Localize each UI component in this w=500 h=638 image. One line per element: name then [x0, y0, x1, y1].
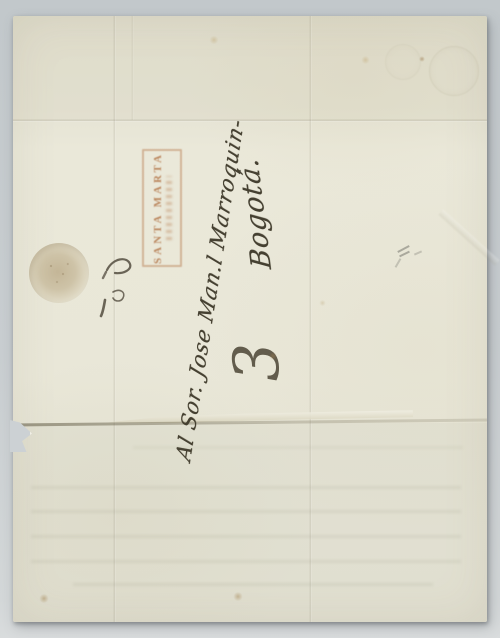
diagonal-crease: [438, 209, 499, 265]
ink-flourish: [93, 248, 135, 318]
stain-speckles: [39, 252, 79, 292]
address-line-2: Bogotá.: [232, 137, 281, 289]
postmark-text: SANTA MARTA: [152, 152, 164, 264]
show-through-line-1: [31, 486, 461, 489]
show-through-line-6: [133, 446, 463, 449]
foxing-spot-bottom-left: [39, 594, 49, 603]
postmark-second-line-smudge: [166, 176, 172, 240]
postal-rate-marking: 3: [221, 326, 293, 398]
photo-background: SANTA MARTA Al Sor. Jose Man.l Marroquin…: [0, 0, 500, 638]
foxing-spot-mid-right: [319, 300, 326, 306]
embossed-seal-ghost: [429, 46, 479, 96]
pencil-mark-2: [399, 251, 410, 258]
bottom-fold-panel: [13, 423, 487, 622]
letter-cover: SANTA MARTA Al Sor. Jose Man.l Marroquin…: [13, 16, 487, 622]
postmark-stamp: SANTA MARTA: [142, 149, 182, 267]
pencil-mark-3: [414, 250, 422, 255]
foxing-spot-center: [269, 352, 277, 360]
foxing-speck-top-right: [419, 56, 425, 62]
pencil-mark-4: [395, 258, 402, 268]
show-through-line-2: [31, 510, 461, 513]
show-through-line-5: [73, 583, 433, 586]
show-through-line-3: [31, 535, 461, 538]
embossed-seal-ghost-2: [385, 44, 421, 80]
foxing-spot-top-right: [361, 56, 370, 64]
foxing-spot-top-center: [209, 36, 219, 44]
foxing-spot-bottom-center: [233, 592, 243, 601]
show-through-line-4: [31, 560, 461, 563]
